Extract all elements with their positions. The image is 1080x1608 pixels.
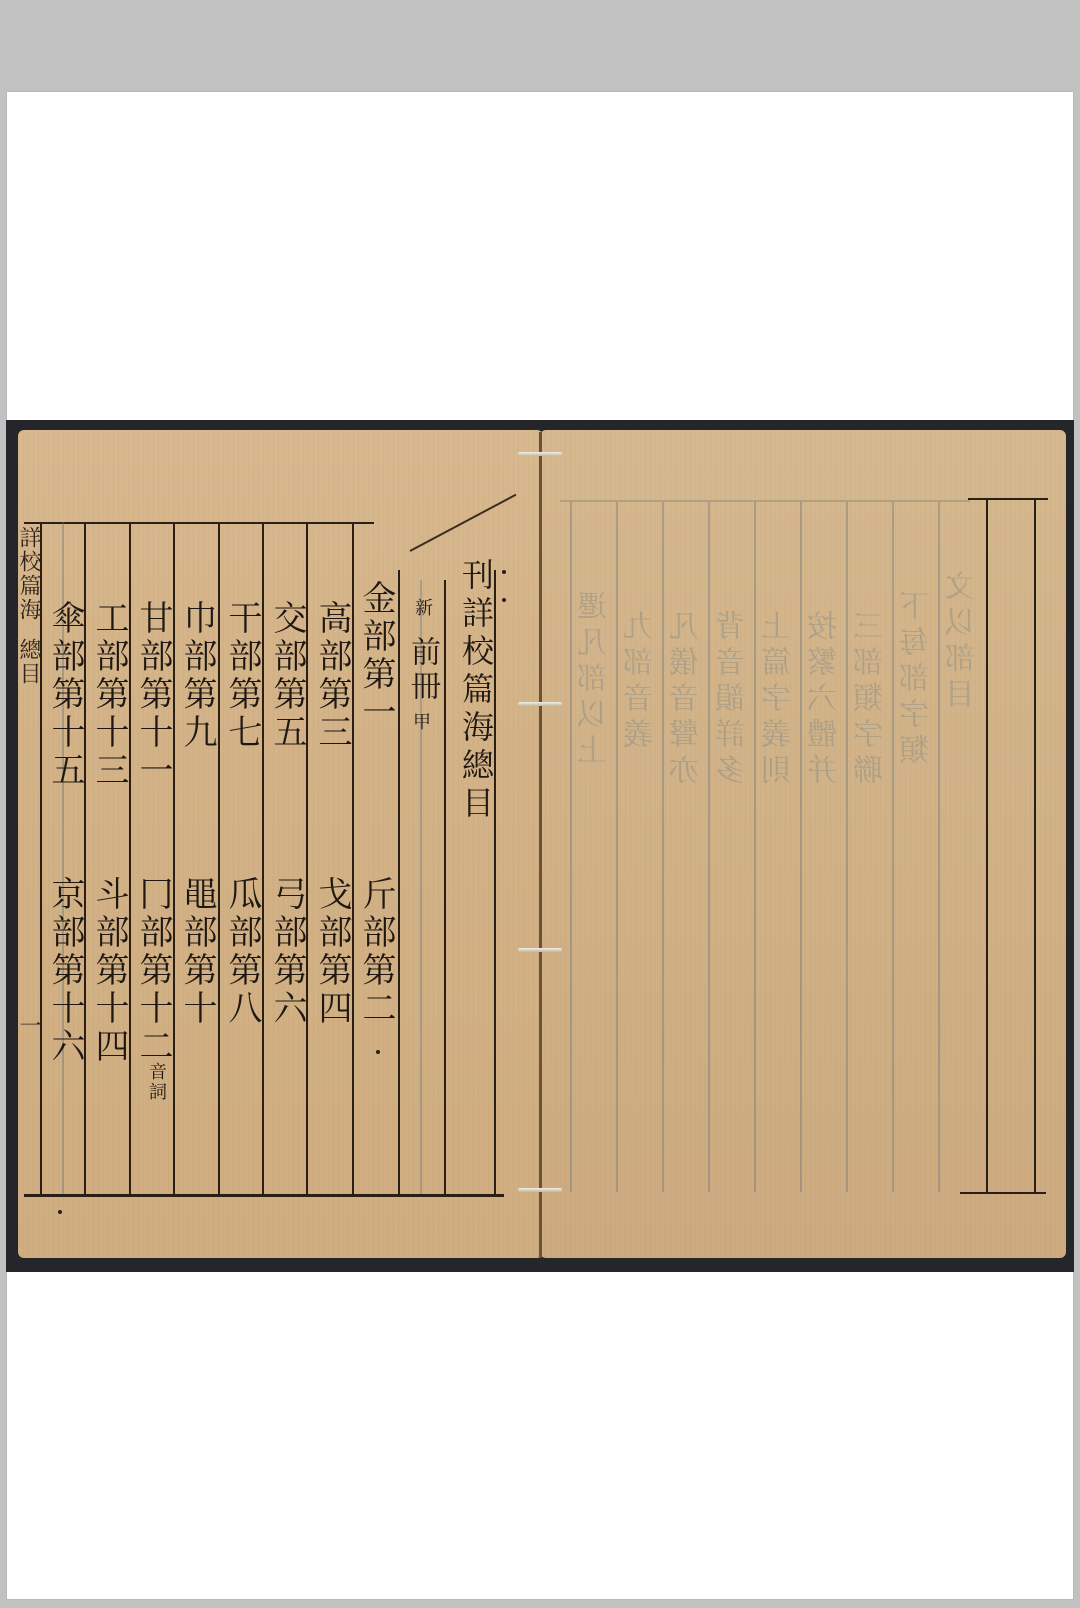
handwritten-stroke [410, 494, 517, 552]
toc-entry-upper: 工部第十三 [89, 600, 129, 790]
toc-entry-note: 音詞 [146, 1062, 166, 1102]
ink-dot [376, 1050, 380, 1054]
binding-hole [502, 570, 506, 574]
column-rule [218, 522, 220, 1194]
column-rule [352, 522, 354, 1194]
toc-entry-lower: 冂部第十二 [133, 876, 173, 1066]
column-rule [444, 580, 446, 1194]
toc-entry-upper: 高部第三 [312, 600, 352, 752]
bleed-through-text: 遷凡部以上 [576, 590, 616, 770]
volume-marker: 甲 [410, 712, 430, 732]
border-rule [1034, 500, 1036, 1192]
ghost-column-rule [708, 502, 710, 1192]
toc-entry-lower: 斗部第十四 [89, 876, 129, 1066]
column-rule [173, 522, 175, 1194]
ghost-column-rule [616, 502, 618, 1192]
binding-thread [518, 452, 562, 456]
frame-top-rule [968, 498, 1048, 500]
ghost-column-rule [662, 502, 664, 1192]
binding-thread [518, 948, 562, 952]
column-rule [398, 570, 400, 1194]
bleed-through-text: 文以部目 [944, 570, 984, 714]
toc-entry-lower: 京部第十六 [45, 876, 85, 1066]
toc-entry-upper: 傘部第十五 [45, 600, 85, 790]
binding-thread [518, 1188, 562, 1192]
toc-entry-lower: 戈部第四 [312, 876, 352, 1028]
bleed-through-text: 上篇字義則 [760, 610, 800, 790]
bleed-through-text: 凡儀音聲亦 [668, 610, 708, 790]
bleed-through-text: 背音韻詳多 [714, 610, 754, 790]
volume-label: 前冊 [402, 636, 442, 704]
binding-thread [518, 702, 562, 706]
page-number: 一 [16, 1014, 40, 1038]
subtitle-prefix: 新 [412, 598, 432, 618]
toc-entry-upper: 巾部第九 [177, 600, 217, 752]
toc-entry-lower: 弓部第六 [267, 876, 307, 1028]
right-page: 遷凡部以上 九部音義 凡儀音聲亦 背音韻詳多 上篇字義則 按繁六體并 三部類字聯… [540, 430, 1066, 1258]
margin-book-title: 詳校篇海 [16, 526, 40, 622]
bleed-through-text: 三部類字聯 [852, 610, 892, 790]
border-rule [986, 500, 988, 1192]
column-rule [262, 522, 264, 1194]
bleed-through-text: 九部音義 [622, 610, 662, 754]
bleed-through-text: 下每部字類 [898, 590, 938, 770]
bleed-through-text: 按繁六體并 [806, 610, 846, 790]
book-spine [539, 432, 542, 1258]
ghost-frame-rule [560, 500, 970, 502]
ghost-column-rule [570, 502, 572, 1192]
toc-entry-upper: 金部第一 [356, 580, 396, 732]
toc-entry-lower: 斤部第二 [356, 876, 396, 1028]
toc-entry-upper: 交部第五 [267, 600, 307, 752]
binding-hole [502, 598, 506, 602]
ghost-column-rule [892, 502, 894, 1192]
toc-entry-upper: 甘部第十一 [133, 600, 173, 790]
margin-section-label: 總目 [16, 638, 40, 686]
frame-bottom-rule [960, 1192, 1046, 1194]
ghost-column-rule [938, 502, 940, 1192]
left-page: 刊詳校篇海總目 新 前冊 甲 金部第一 高部第三 交部第五 干部第七 巾部第九 … [18, 430, 543, 1258]
column-rule [40, 522, 42, 1194]
toc-entry-upper: 干部第七 [222, 600, 262, 752]
ink-dot [58, 1210, 62, 1214]
ghost-column-rule [754, 502, 756, 1192]
book-scan-image: 刊詳校篇海總目 新 前冊 甲 金部第一 高部第三 交部第五 干部第七 巾部第九 … [6, 420, 1074, 1272]
toc-entry-lower: 瓜部第八 [222, 876, 262, 1028]
ghost-column-rule [846, 502, 848, 1192]
frame-bottom-rule [24, 1194, 504, 1197]
toc-title: 刊詳校篇海總目 [456, 558, 496, 824]
frame-top-rule [24, 522, 374, 524]
column-rule [129, 522, 131, 1194]
toc-entry-lower: 黽部第十 [177, 876, 217, 1028]
ghost-column-rule [800, 502, 802, 1192]
